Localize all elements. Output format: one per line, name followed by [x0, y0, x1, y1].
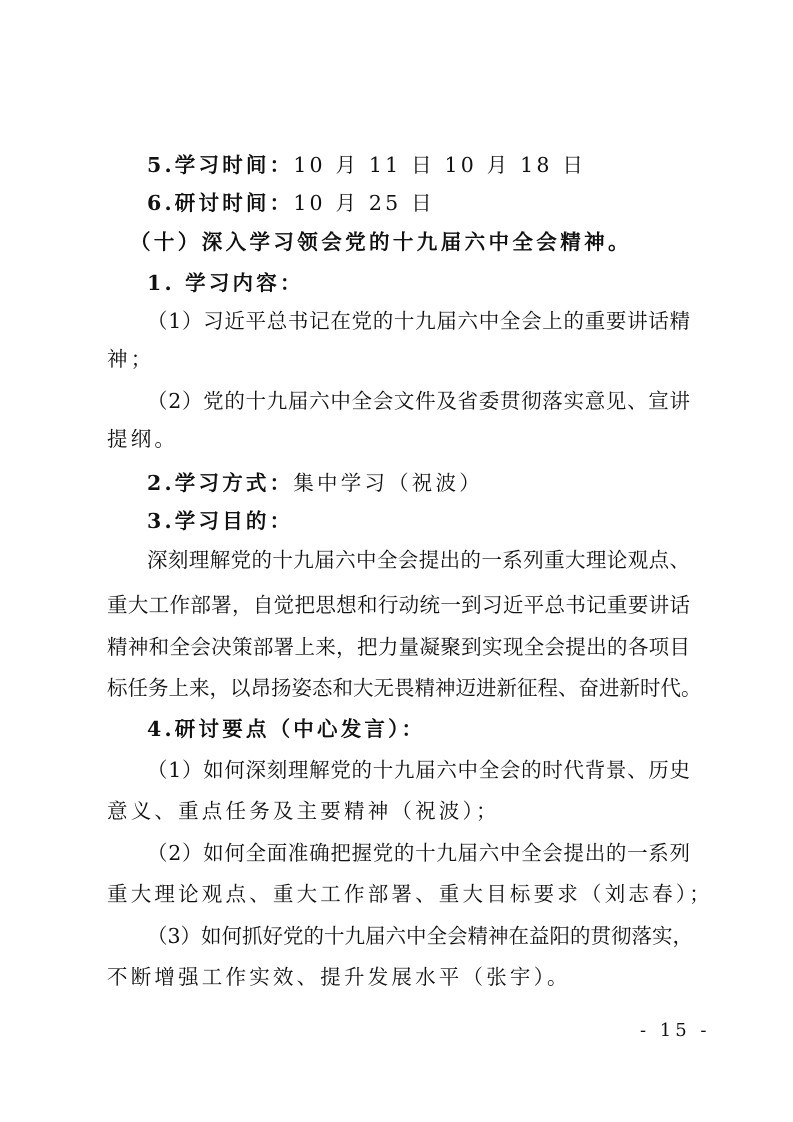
- study-purpose-heading: 3.学习目的：: [147, 506, 690, 536]
- purpose-text-3: 精神和全会决策部署上来，把力量凝聚到实现全会提出的各项目: [107, 635, 690, 659]
- purpose-text-2: 重大工作部署，自觉把思想和行动统一到习近平总书记重要讲话: [107, 593, 690, 617]
- content-item-1-text: （1）习近平总书记在党的十九届六中全会上的重要讲话精: [147, 309, 690, 333]
- content-item-1-cont: 神；: [107, 344, 690, 374]
- discussion-item-3-text: （3）如何抓好党的十九届六中全会精神在益阳的贯彻落实，: [147, 924, 693, 948]
- content-item-2-cont-text: 提纲。: [107, 427, 178, 451]
- purpose-para-line-3: 精神和全会决策部署上来，把力量凝聚到实现全会提出的各项目: [107, 632, 690, 662]
- discussion-item-1: （1）如何深刻理解党的十九届六中全会的时代背景、历史: [147, 755, 690, 785]
- discussion-item-2-text: （2）如何全面准确把握党的十九届六中全会提出的一系列: [147, 841, 690, 865]
- discussion-item-3-cont-text: 不断增强工作实效、提升发展水平（张宇）。: [107, 965, 571, 989]
- content-item-2: （2）党的十九届六中全会文件及省委贯彻落实意见、宣讲: [147, 386, 690, 416]
- study-content-heading: 1. 学习内容：: [147, 268, 690, 298]
- discussion-points-label: 4.研讨要点（中心发言）：: [147, 717, 425, 741]
- study-purpose-label: 3.学习目的：: [147, 509, 293, 533]
- page-number: - 15 -: [640, 1020, 711, 1041]
- discussion-item-3: （3）如何抓好党的十九届六中全会精神在益阳的贯彻落实，: [147, 921, 690, 951]
- discussion-item-3-cont: 不断增强工作实效、提升发展水平（张宇）。: [107, 962, 690, 992]
- study-method-line: 2.学习方式：集中学习（祝波）: [147, 468, 690, 498]
- content-item-2-cont: 提纲。: [107, 424, 690, 454]
- discussion-time-label: 6.研讨时间：: [147, 191, 293, 215]
- section-heading-text: （十）深入学习领会党的十九届六中全会精神。: [130, 230, 632, 254]
- study-method-label: 2.学习方式：: [147, 471, 293, 495]
- study-time-line: 5.学习时间：10 月 11 日 10 月 18 日: [147, 150, 690, 180]
- discussion-item-2: （2）如何全面准确把握党的十九届六中全会提出的一系列: [147, 838, 690, 868]
- content-item-1-cont-text: 神；: [107, 347, 154, 371]
- discussion-time-value: 10 月 25 日: [293, 191, 435, 215]
- study-method-value: 集中学习（祝波）: [293, 471, 483, 495]
- study-time-label: 5.学习时间：: [147, 153, 293, 177]
- study-content-label: 1. 学习内容：: [147, 271, 304, 295]
- discussion-time-line: 6.研讨时间：10 月 25 日: [147, 188, 690, 218]
- content-item-1: （1）习近平总书记在党的十九届六中全会上的重要讲话精: [147, 306, 690, 336]
- purpose-text-1: 深刻理解党的十九届六中全会提出的一系列重大理论观点、: [147, 548, 690, 572]
- discussion-item-2-cont-text: 重大理论观点、重大工作部署、重大目标要求（刘志春）；: [107, 882, 713, 906]
- discussion-points-heading: 4.研讨要点（中心发言）：: [147, 714, 690, 744]
- purpose-text-4: 标任务上来，以昂扬姿态和大无畏精神迈进新征程、奋进新时代。: [107, 676, 702, 700]
- discussion-item-1-cont-text: 意义、重点任务及主要精神（祝波）；: [107, 799, 500, 823]
- purpose-para-line-2: 重大工作部署，自觉把思想和行动统一到习近平总书记重要讲话: [107, 590, 690, 620]
- section-heading-ten: （十）深入学习领会党的十九届六中全会精神。: [130, 227, 690, 257]
- discussion-item-1-text: （1）如何深刻理解党的十九届六中全会的时代背景、历史: [147, 758, 690, 782]
- purpose-para-line-1: 深刻理解党的十九届六中全会提出的一系列重大理论观点、: [147, 545, 690, 575]
- study-time-value: 10 月 11 日 10 月 18 日: [293, 153, 586, 177]
- purpose-para-line-4: 标任务上来，以昂扬姿态和大无畏精神迈进新征程、奋进新时代。: [107, 673, 690, 703]
- discussion-item-2-cont: 重大理论观点、重大工作部署、重大目标要求（刘志春）；: [107, 879, 690, 909]
- document-page: 5.学习时间：10 月 11 日 10 月 18 日 6.研讨时间：10 月 2…: [0, 0, 793, 1122]
- discussion-item-1-cont: 意义、重点任务及主要精神（祝波）；: [107, 796, 690, 826]
- content-item-2-text: （2）党的十九届六中全会文件及省委贯彻落实意见、宣讲: [147, 389, 690, 413]
